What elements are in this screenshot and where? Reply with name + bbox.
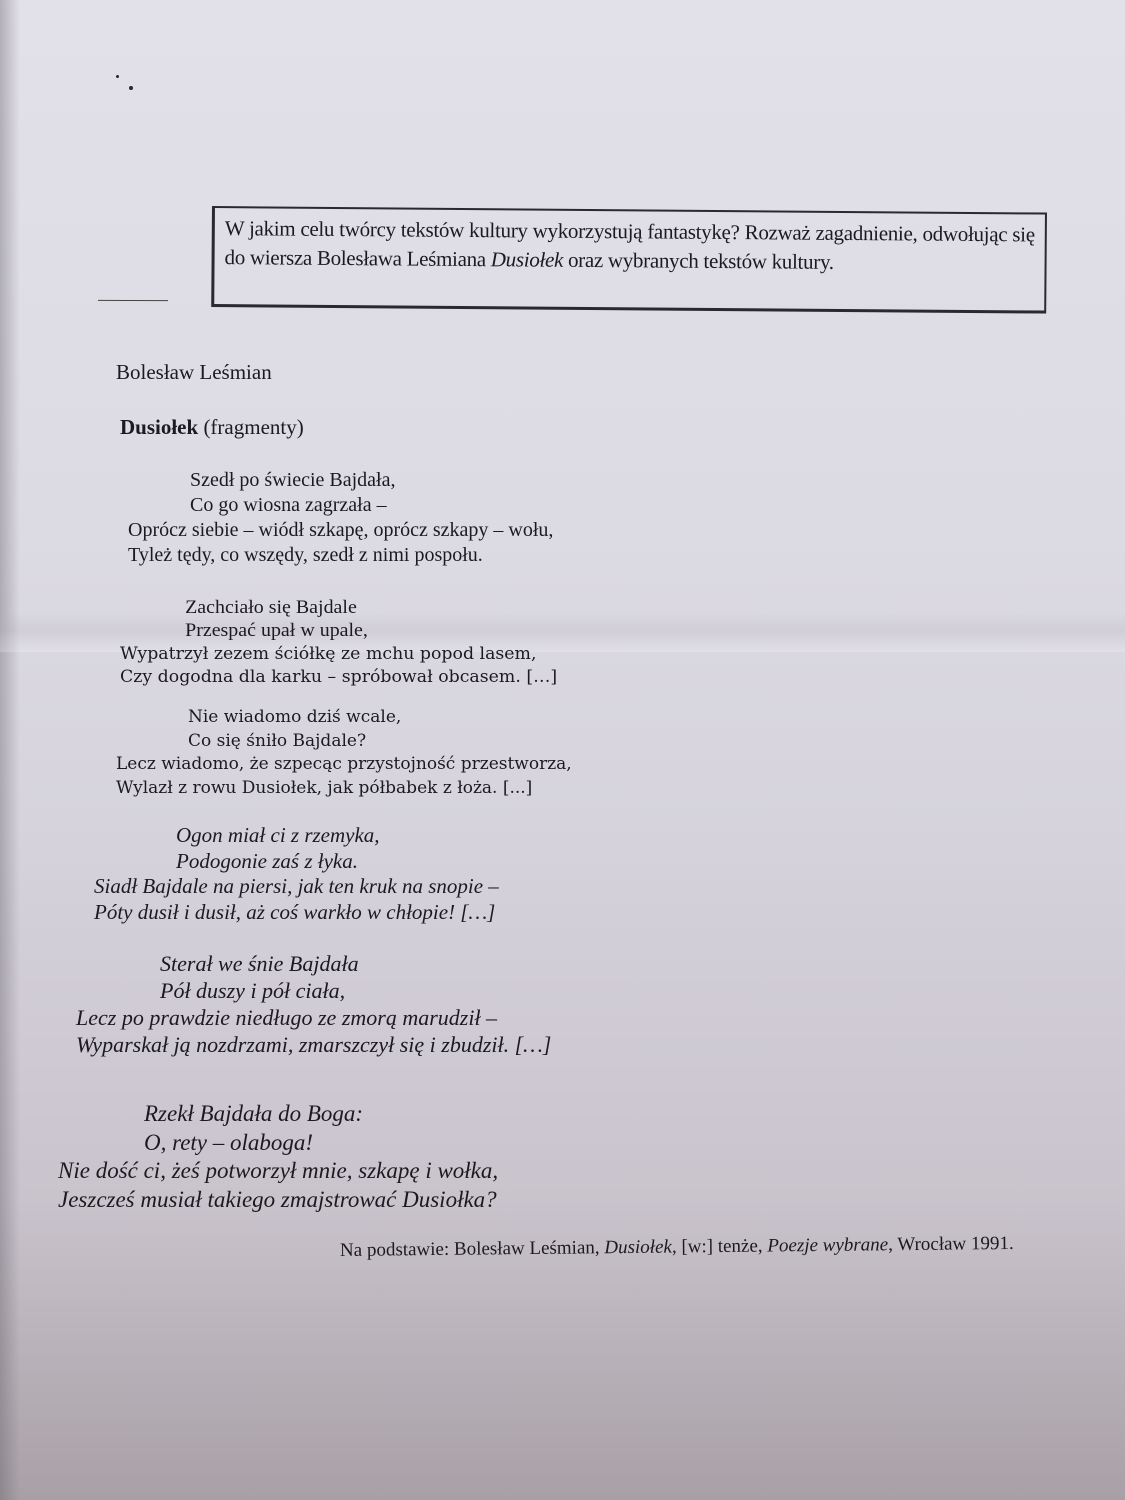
- stanza-1: Szedł po świecie Bajdała, Co go wiosna z…: [128, 468, 553, 568]
- task-text-after: oraz wybranych tekstów kultury.: [563, 248, 834, 274]
- verse-line: Zachciało się Bajdale: [120, 596, 557, 619]
- verse-line: Wyparskał ją nozdrzami, zmarszczył się i…: [76, 1031, 551, 1058]
- source-work: Dusiołek: [604, 1237, 672, 1259]
- page-edge-shadow: [0, 0, 20, 1500]
- verse-line: Lecz po prawdzie niedługo ze zmorą marud…: [76, 1004, 551, 1031]
- task-prompt-box: W jakim celu twórcy tekstów kultury wyko…: [211, 206, 1047, 314]
- verse-line: Podogonie zaś z łyka.: [94, 849, 499, 875]
- stanza-2: Zachciało się Bajdale Przespać upał w up…: [120, 596, 557, 688]
- verse-line: Przespać upał w upale,: [120, 619, 557, 642]
- verse-line: Jeszcześ musiał takiego zmajstrować Dusi…: [58, 1186, 498, 1215]
- verse-line: O, rety – olaboga!: [58, 1129, 498, 1158]
- source-middle: , [w:] tenże,: [672, 1236, 768, 1258]
- verse-line: Sterał we śnie Bajdała: [76, 950, 551, 977]
- verse-line: Co się śniło Bajdale?: [116, 730, 572, 754]
- verse-line: Rzekł Bajdała do Boga:: [58, 1100, 498, 1129]
- poem-title: Dusiołek (fragmenty): [120, 415, 304, 440]
- verse-line: Nie dość ci, żeś potworzył mnie, szkapę …: [58, 1157, 498, 1186]
- verse-line: Szedł po świecie Bajdała,: [128, 468, 553, 493]
- source-suffix: , Wrocław 1991.: [888, 1233, 1014, 1255]
- verse-line: Lecz wiadomo, że szpecąc przystojność pr…: [116, 753, 572, 777]
- verse-line: Wylazł z rowu Dusiołek, jak półbabek z ł…: [116, 777, 572, 801]
- stanza-3: Nie wiadomo dziś wcale, Co się śniło Baj…: [116, 706, 572, 800]
- verse-line: Pół duszy i pół ciała,: [76, 977, 551, 1004]
- margin-line: [98, 300, 168, 301]
- verse-line: Co go wiosna zagrzała –: [128, 493, 553, 518]
- source-prefix: Na podstawie: Bolesław Leśmian,: [340, 1237, 605, 1261]
- verse-line: Oprócz siebie – wiódł szkapę, oprócz szk…: [128, 518, 553, 543]
- poem-title-bold: Dusiołek: [120, 415, 198, 439]
- verse-line: Wypatrzył zezem ściółkę ze mchu popod la…: [120, 642, 557, 665]
- stanza-4: Ogon miał ci z rzemyka, Podogonie zaś z …: [94, 823, 499, 925]
- verse-line: Nie wiadomo dziś wcale,: [116, 706, 572, 730]
- verse-line: Ogon miał ci z rzemyka,: [94, 823, 499, 849]
- poem-author: Bolesław Leśmian: [116, 360, 272, 385]
- source-collection: Poezje wybrane: [767, 1234, 888, 1256]
- source-citation: Na podstawie: Bolesław Leśmian, Dusiołek…: [340, 1233, 1014, 1262]
- poem-title-suffix: (fragmenty): [198, 415, 304, 439]
- stanza-6: Rzekł Bajdała do Boga: O, rety – olaboga…: [58, 1100, 498, 1214]
- stanza-5: Sterał we śnie Bajdała Pół duszy i pół c…: [76, 950, 551, 1058]
- verse-line: Póty dusił i dusił, aż coś warkło w chło…: [94, 900, 499, 926]
- ink-dot: [116, 75, 119, 78]
- verse-line: Siadł Bajdale na piersi, jak ten kruk na…: [94, 874, 499, 900]
- verse-line: Tyleż tędy, co wszędy, szedł z nimi posp…: [128, 543, 553, 568]
- task-italic-title: Dusiołek: [491, 247, 563, 272]
- verse-line: Czy dogodna dla karku – spróbował obcase…: [120, 665, 557, 688]
- ink-dot: [129, 86, 133, 90]
